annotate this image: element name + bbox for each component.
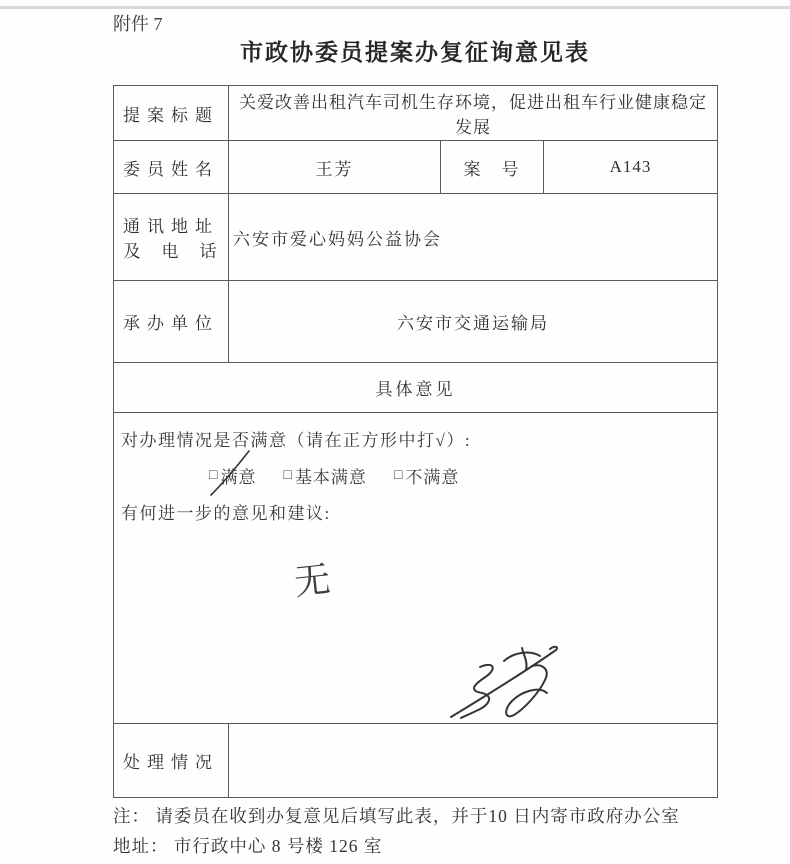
- scan-artifact-band: [0, 6, 790, 9]
- note-line-2: 地址： 市行政中心 8 号楼 126 室: [113, 831, 753, 861]
- opinion-form-table: 提案标题 关爱改善出租汽车司机生存环境，促进出租车行业健康稳定发展 委员姓名 王…: [113, 85, 718, 798]
- handwritten-answer-none: 无: [291, 551, 332, 605]
- contact-label: 通讯地址 及 电 话: [114, 194, 229, 281]
- satisfaction-question: 对办理情况是否满意（请在正方形中打√）:: [121, 426, 471, 451]
- handling-unit-value: 六安市交通运输局: [229, 281, 718, 363]
- suggestion-prompt: 有何进一步的意见和建议:: [121, 499, 331, 524]
- option-satisfied: □ 满意: [209, 463, 256, 488]
- table-row-handling-unit: 承办单位 六安市交通运输局: [114, 281, 718, 363]
- contact-label-line2: 及 电 话: [118, 237, 224, 262]
- processing-label: 处理情况: [114, 724, 229, 798]
- checkbox-satisfied-icon: □: [209, 468, 218, 484]
- checkbox-not-satisfied-icon: □: [394, 468, 403, 484]
- table-row-proposal-title: 提案标题 关爱改善出租汽车司机生存环境，促进出租车行业健康稳定发展: [114, 86, 718, 141]
- option-not-satisfied-label: 不满意: [405, 463, 459, 488]
- member-name-label: 委员姓名: [114, 141, 229, 194]
- option-not-satisfied: □ 不满意: [394, 463, 459, 488]
- table-row-contact: 通讯地址 及 电 话 六安市爱心妈妈公益协会: [114, 194, 718, 281]
- opinion-body-cell: 对办理情况是否满意（请在正方形中打√）: □ 满意 □ 基本满意 □ 不满意: [114, 413, 718, 724]
- table-row-processing: 处理情况: [114, 724, 718, 798]
- member-name-value: 王芳: [229, 141, 441, 194]
- contact-label-line1: 通讯地址: [118, 212, 224, 237]
- table-row-opinion-header: 具体意见: [114, 363, 718, 413]
- checkbox-basically-satisfied-icon: □: [283, 468, 292, 484]
- handling-unit-label: 承办单位: [114, 281, 229, 363]
- scanned-form-page: 附件 7 市政协委员提案办复征询意见表 提案标题 关爱改善出租汽车司机生存环境，…: [0, 0, 790, 864]
- proposal-title-value: 关爱改善出租汽车司机生存环境，促进出租车行业健康稳定发展: [229, 86, 718, 141]
- note-line-1: 注： 请委员在收到办复意见后填写此表，并于10 日内寄市政府办公室: [113, 801, 753, 831]
- processing-value: [229, 724, 718, 798]
- option-basically-satisfied-label: 基本满意: [295, 463, 367, 488]
- page-title: 市政协委员提案办复征询意见表: [113, 34, 717, 67]
- opinion-section-header: 具体意见: [114, 363, 718, 413]
- table-row-opinion-body: 对办理情况是否满意（请在正方形中打√）: □ 满意 □ 基本满意 □ 不满意: [114, 413, 718, 724]
- footer-notes: 注： 请委员在收到办复意见后填写此表，并于10 日内寄市政府办公室 地址： 市行…: [113, 801, 753, 861]
- handwritten-signature: 王芳: [444, 639, 579, 729]
- case-number-label: 案 号: [441, 141, 544, 194]
- option-basically-satisfied: □ 基本满意: [283, 463, 366, 488]
- satisfaction-options: □ 满意 □ 基本满意 □ 不满意: [209, 463, 459, 488]
- table-row-member-name: 委员姓名 王芳 案 号 A143: [114, 141, 718, 194]
- contact-value: 六安市爱心妈妈公益协会: [229, 194, 718, 281]
- signature-scribble-icon: [444, 639, 579, 729]
- attachment-label: 附件 7: [113, 10, 163, 36]
- proposal-title-label: 提案标题: [114, 86, 229, 141]
- option-satisfied-label: 满意: [220, 463, 256, 488]
- case-number-value: A143: [544, 141, 718, 194]
